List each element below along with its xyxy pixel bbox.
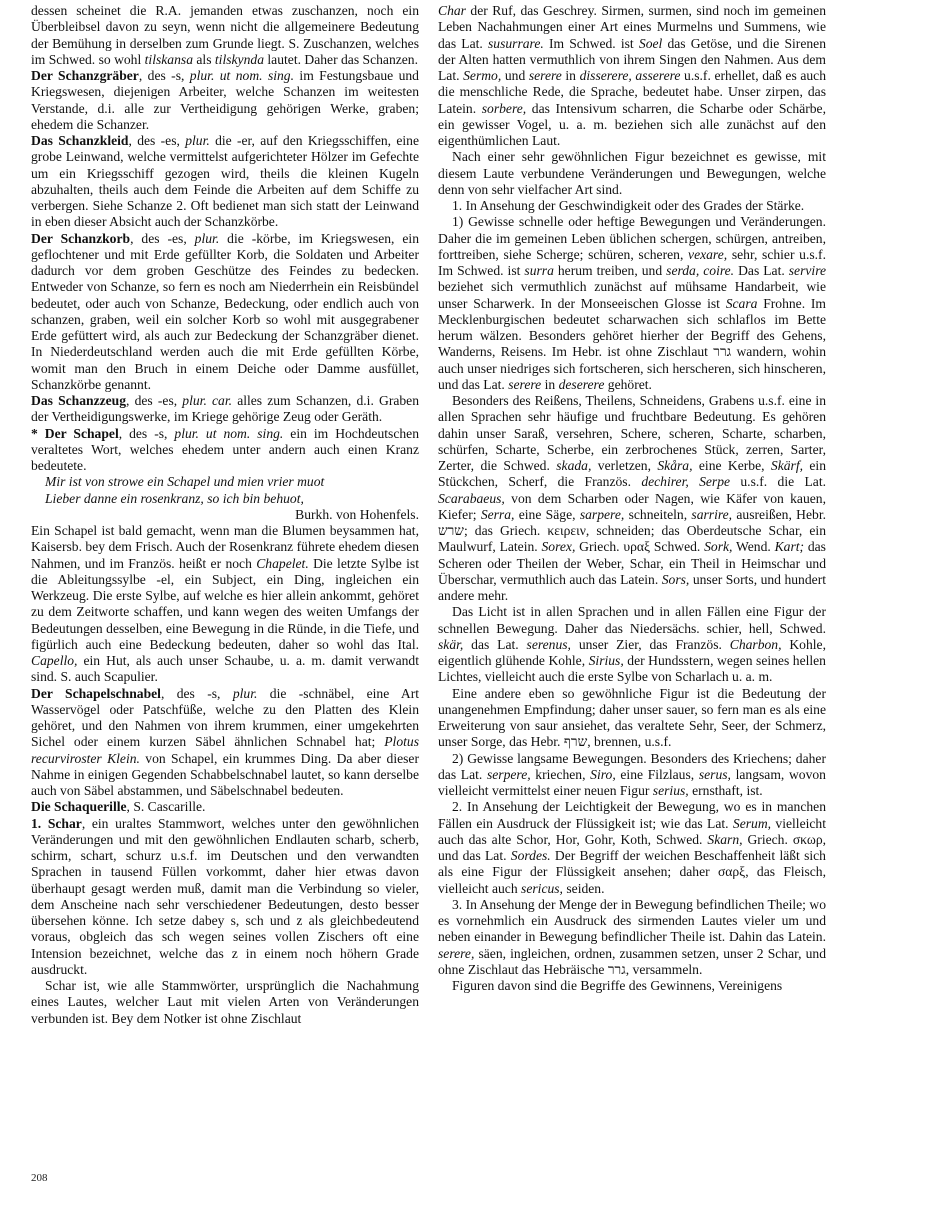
paragraph: Nach einer sehr gewöhnlichen Figur bezei…: [438, 149, 826, 198]
italic-term: plur.: [233, 686, 258, 701]
paragraph: 1. In Ansehung der Geschwindigkeit oder …: [438, 198, 826, 214]
italic-term: Chapelet.: [256, 556, 308, 571]
italic-term: plur. ut nom. sing.: [174, 426, 283, 441]
entry-headword: Der Schapelschnabel: [31, 686, 161, 701]
italic-term: Sermo,: [463, 68, 501, 83]
italic-term: vexare,: [688, 247, 727, 262]
paragraph: 3. In Ansehung der Menge der in Bewegung…: [438, 897, 826, 978]
italic-term: Skärf,: [771, 458, 803, 473]
paragraph: 2. In Ansehung der Leichtigkeit der Bewe…: [438, 799, 826, 897]
italic-term: plur.: [185, 133, 210, 148]
italic-term: Siro,: [590, 767, 616, 782]
page-number: 208: [31, 1172, 48, 1184]
dictionary-entry: Die Schaquerille, S. Cascarille.: [31, 799, 419, 815]
entry-headword: Das Schanzzeug: [31, 393, 126, 408]
italic-term: serda, coire.: [666, 263, 734, 278]
italic-term: Char: [438, 3, 466, 18]
paragraph: Figuren davon sind die Begriffe des Gewi…: [438, 978, 826, 994]
italic-term: Capello,: [31, 653, 77, 668]
italic-term: tilskynda: [215, 52, 264, 67]
entries-block-2: Der Schapelschnabel, des -s, plur. die -…: [31, 686, 419, 979]
entry-headword: Der Schapel: [45, 426, 119, 441]
italic-term: skär,: [438, 637, 463, 652]
italic-term: Plotus recurviroster Klein.: [31, 734, 419, 765]
italic-term: Scara: [726, 296, 758, 311]
dictionary-entry: Der Schanzgräber, des -s, plur. ut nom. …: [31, 68, 419, 133]
italic-term: sarpere,: [580, 507, 624, 522]
italic-term: dechirer, Serpe: [641, 474, 730, 489]
italic-term: servire: [789, 263, 826, 278]
entry-headword: Das Schanzkleid: [31, 133, 128, 148]
italic-term: deserere: [559, 377, 605, 392]
paragraph-schapel: Ein Schapel ist bald gemacht, wenn man d…: [31, 523, 419, 686]
italic-term: surra: [524, 263, 553, 278]
italic-term: serus,: [699, 767, 731, 782]
italic-term: serenus,: [527, 637, 571, 652]
verse-line-1: Mir ist von strowe ein Schapel und mien …: [31, 474, 419, 490]
italic-term: plur. car.: [182, 393, 232, 408]
entry-marker: *: [31, 426, 45, 441]
italic-term: serere: [529, 68, 562, 83]
paragraph: Besonders des Reißens, Theilens, Schneid…: [438, 393, 826, 604]
italic-term: serius,: [653, 783, 689, 798]
right-column: Char der Ruf, das Geschrey. Sirmen, surm…: [438, 3, 826, 994]
paragraph-schar-origin: Schar ist, wie alle Stammwörter, ursprün…: [31, 978, 419, 1027]
italic-term: Skåra,: [657, 458, 692, 473]
dictionary-entry: Der Schapelschnabel, des -s, plur. die -…: [31, 686, 419, 800]
paragraph-intro: dessen scheinet die R.A. jemanden etwas …: [31, 3, 419, 68]
paragraph: Char der Ruf, das Geschrey. Sirmen, surm…: [438, 3, 826, 149]
italic-term: sarrire,: [691, 507, 732, 522]
entry-headword: Der Schanzgräber: [31, 68, 139, 83]
italic-term: Soel: [639, 36, 662, 51]
dictionary-entry: Der Schanzkorb, des -es, plur. die -körb…: [31, 231, 419, 394]
italic-term: skada,: [556, 458, 591, 473]
paragraph: Das Licht ist in allen Sprachen und in a…: [438, 604, 826, 685]
italic-term: plur.: [195, 231, 220, 246]
entry-headword: 1. Schar: [31, 816, 82, 831]
italic-term: Skarn,: [707, 832, 742, 847]
verse-attribution: Burkh. von Hohenfels.: [31, 507, 419, 523]
italic-term: serere,: [438, 946, 474, 961]
italic-term: Sorex,: [542, 539, 576, 554]
paragraph: 1) Gewisse schnelle oder heftige Bewegun…: [438, 214, 826, 393]
italic-term: Charbon,: [730, 637, 782, 652]
dictionary-entry: * Der Schapel, des -s, plur. ut nom. sin…: [31, 426, 419, 475]
dictionary-entry: Das Schanzzeug, des -es, plur. car. alle…: [31, 393, 419, 426]
left-column: dessen scheinet die R.A. jemanden etwas …: [31, 3, 419, 1027]
italic-term: susurrare.: [488, 36, 544, 51]
italic-term: Scarabaeus,: [438, 491, 505, 506]
italic-term: disse­rere, asserere: [580, 68, 681, 83]
italic-term: Sordes.: [511, 848, 551, 863]
italic-term: sericus,: [521, 881, 563, 896]
paragraph: 2) Gewisse langsame Bewegungen. Besonder…: [438, 751, 826, 800]
italic-term: plur. ut nom. sing.: [190, 68, 294, 83]
italic-term: tilskansa: [145, 52, 193, 67]
italic-term: serpere,: [487, 767, 531, 782]
dictionary-entry: 1. Schar, ein uraltes Stammwort, welches…: [31, 816, 419, 979]
entry-headword: Der Schanzkorb: [31, 231, 130, 246]
italic-term: serere: [508, 377, 541, 392]
italic-term: Kart;: [775, 539, 804, 554]
italic-term: Sirius,: [589, 653, 624, 668]
italic-term: Serra,: [481, 507, 515, 522]
italic-term: sorbere,: [482, 101, 526, 116]
italic-term: Sork,: [704, 539, 732, 554]
italic-term: Serum,: [733, 816, 771, 831]
paragraph: Eine andere eben so gewöhnliche Figur is…: [438, 686, 826, 751]
dictionary-entry: Das Schanzkleid, des -es, plur. die -er,…: [31, 133, 419, 231]
verse-line-2: Lieber danne ein rosenkranz, so ich bin …: [31, 491, 419, 507]
entry-headword: Die Schaquerille: [31, 799, 127, 814]
entries-block-1: Der Schanzgräber, des -s, plur. ut nom. …: [31, 68, 419, 474]
italic-term: Sors,: [662, 572, 690, 587]
